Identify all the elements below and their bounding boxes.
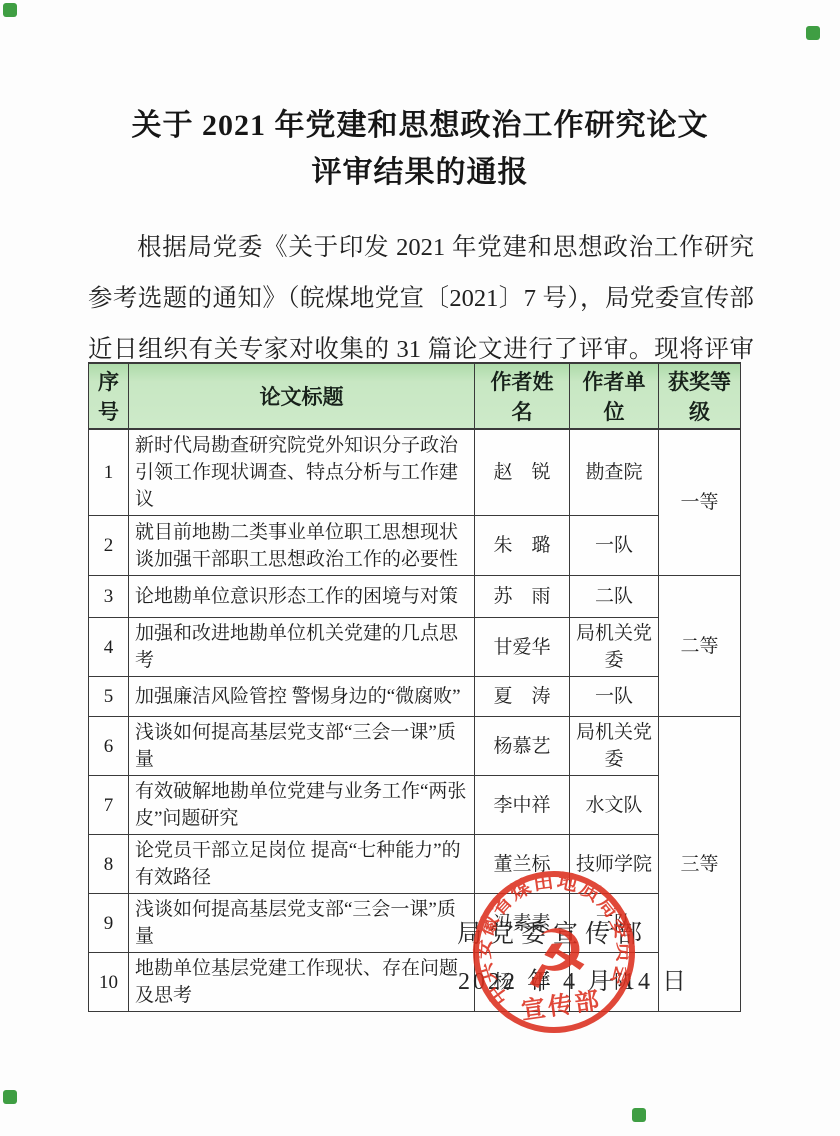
table-row: 1 新时代局勘查研究院党外知识分子政治引领工作现状调查、特点分析与工作建议 赵 … — [89, 429, 741, 516]
cell-index: 8 — [89, 835, 129, 894]
table-row: 4 加强和改进地勘单位机关党建的几点思考 甘爱华 局机关党委 — [89, 618, 741, 677]
cell-author: 甘爱华 — [475, 618, 570, 677]
scan-corner-marker-top-right — [806, 26, 820, 40]
cell-index: 2 — [89, 516, 129, 576]
cell-title: 论地勘单位意识形态工作的困境与对策 — [129, 576, 475, 618]
cell-index: 10 — [89, 953, 129, 1012]
cell-unit: 局机关党委 — [570, 618, 659, 677]
table-row: 6 浅谈如何提高基层党支部“三会一课”质量 杨慕艺 局机关党委 三等 — [89, 717, 741, 776]
issuing-department-signature: 局党委宣传部 — [457, 914, 649, 950]
document-title-line2: 评审结果的通报 — [0, 149, 840, 196]
cell-title: 地勘单位基层党建工作现状、存在问题及思考 — [129, 953, 475, 1012]
cell-index: 7 — [89, 776, 129, 835]
cell-author: 朱 璐 — [475, 516, 570, 576]
cell-title: 有效破解地勘单位党建与业务工作“两张皮”问题研究 — [129, 776, 475, 835]
cell-index: 3 — [89, 576, 129, 618]
cell-title: 浅谈如何提高基层党支部“三会一课”质量 — [129, 894, 475, 953]
column-header-title: 论文标题 — [129, 363, 475, 429]
cell-unit: 水文队 — [570, 776, 659, 835]
scan-corner-marker-bottom-left — [3, 1090, 17, 1104]
table-row: 2 就目前地勘二类事业单位职工思想现状 谈加强干部职工思想政治工作的必要性 朱 … — [89, 516, 741, 576]
table-header-row: 序号 论文标题 作者姓名 作者单位 获奖等级 — [89, 363, 741, 429]
scan-corner-marker-top-left — [3, 3, 17, 17]
cell-index: 1 — [89, 429, 129, 516]
cell-title: 加强廉洁风险管控 警惕身边的“微腐败” — [129, 677, 475, 717]
table-row: 5 加强廉洁风险管控 警惕身边的“微腐败” 夏 涛 一队 — [89, 677, 741, 717]
cell-author: 赵 锐 — [475, 429, 570, 516]
column-header-author: 作者姓名 — [475, 363, 570, 429]
cell-title: 加强和改进地勘单位机关党建的几点思考 — [129, 618, 475, 677]
cell-unit: 一队 — [570, 516, 659, 576]
cell-unit: 局机关党委 — [570, 717, 659, 776]
cell-index: 4 — [89, 618, 129, 677]
cell-award-second-prize: 二等 — [659, 576, 741, 717]
document-page: 关于 2021 年党建和思想政治工作研究论文 评审结果的通报 根据局党委《关于印… — [0, 0, 840, 1136]
document-title-line1: 关于 2021 年党建和思想政治工作研究论文 — [0, 102, 840, 149]
column-header-award: 获奖等级 — [659, 363, 741, 429]
cell-author: 董兰标 — [475, 835, 570, 894]
cell-author: 杨慕艺 — [475, 717, 570, 776]
cell-unit: 勘查院 — [570, 429, 659, 516]
column-header-unit: 作者单位 — [570, 363, 659, 429]
cell-unit: 技师学院 — [570, 835, 659, 894]
cell-index: 6 — [89, 717, 129, 776]
cell-author: 李中祥 — [475, 776, 570, 835]
table-row: 8 论党员干部立足岗位 提高“七种能力”的有效路径 董兰标 技师学院 — [89, 835, 741, 894]
cell-unit: 一队 — [570, 677, 659, 717]
cell-index: 9 — [89, 894, 129, 953]
cell-award-first-prize: 一等 — [659, 429, 741, 576]
document-date: 2022 年 4 月 14 日 — [458, 961, 689, 996]
column-header-index: 序号 — [89, 363, 129, 429]
cell-author: 苏 雨 — [475, 576, 570, 618]
scan-corner-marker-bottom-right — [632, 1108, 646, 1122]
document-title: 关于 2021 年党建和思想政治工作研究论文 评审结果的通报 — [0, 102, 840, 196]
table-row: 7 有效破解地勘单位党建与业务工作“两张皮”问题研究 李中祥 水文队 — [89, 776, 741, 835]
cell-title: 新时代局勘查研究院党外知识分子政治引领工作现状调查、特点分析与工作建议 — [129, 429, 475, 516]
cell-title: 浅谈如何提高基层党支部“三会一课”质量 — [129, 717, 475, 776]
cell-title: 论党员干部立足岗位 提高“七种能力”的有效路径 — [129, 835, 475, 894]
cell-author: 夏 涛 — [475, 677, 570, 717]
cell-unit: 二队 — [570, 576, 659, 618]
cell-title: 就目前地勘二类事业单位职工思想现状 谈加强干部职工思想政治工作的必要性 — [129, 516, 475, 576]
table-row: 3 论地勘单位意识形态工作的困境与对策 苏 雨 二队 二等 — [89, 576, 741, 618]
cell-index: 5 — [89, 677, 129, 717]
